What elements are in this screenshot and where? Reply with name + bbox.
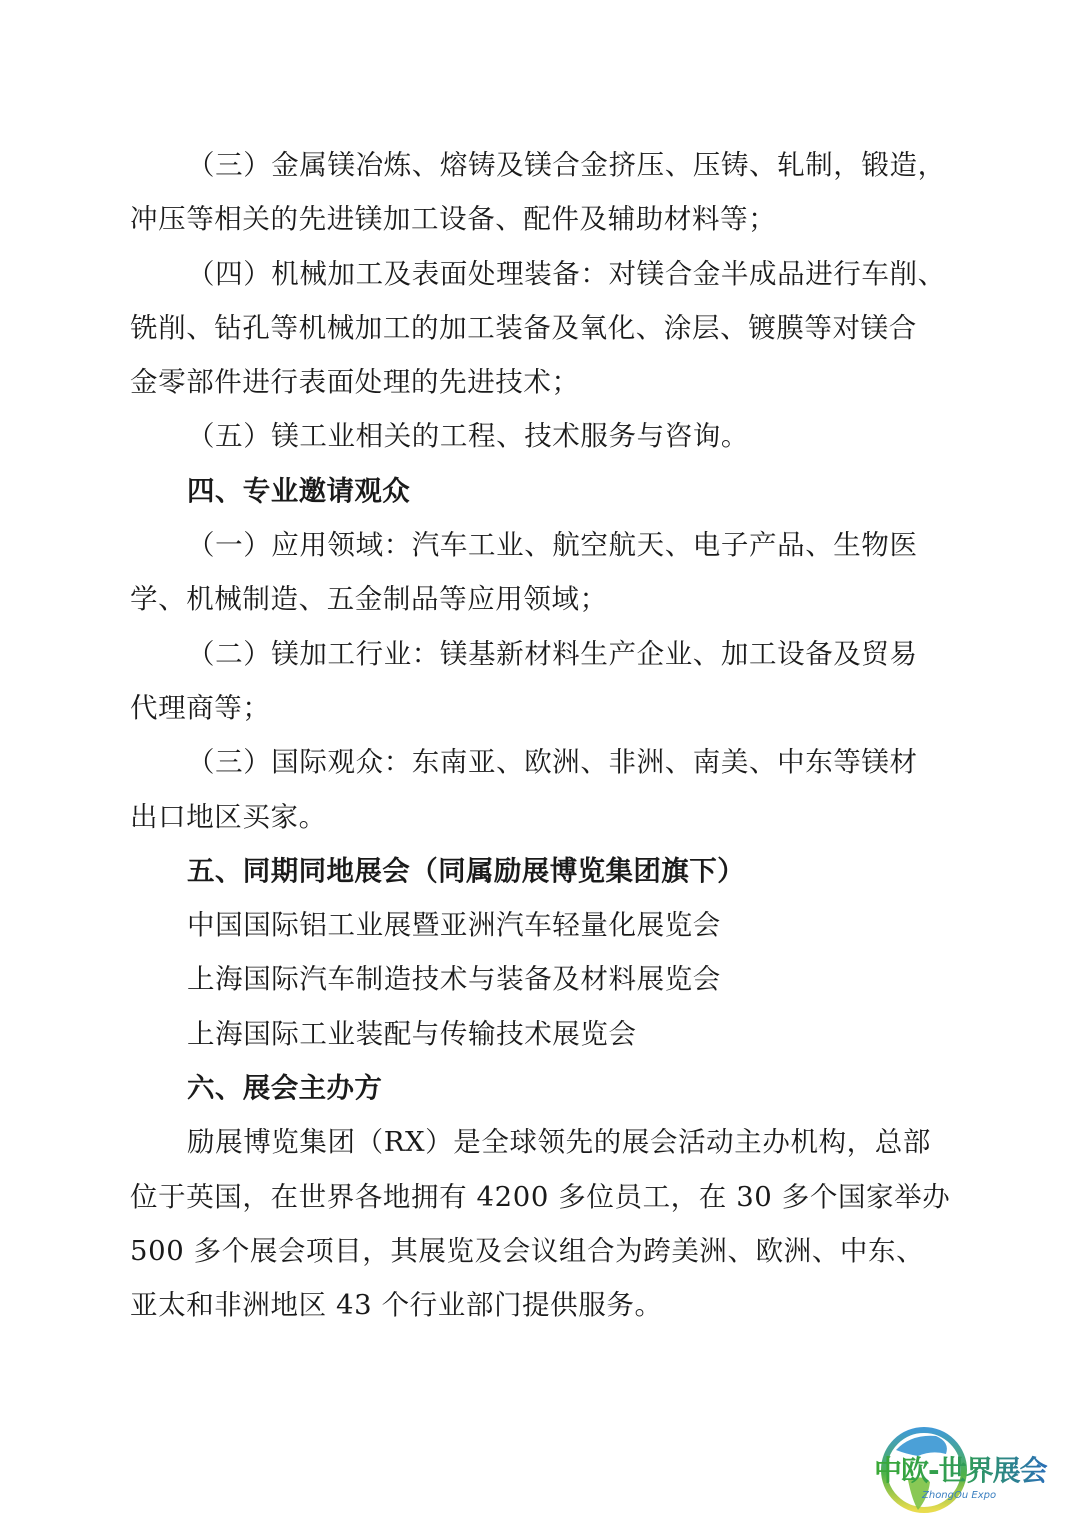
text-line: 励展博览集团（RX）是全球领先的展会活动主办机构，总部 bbox=[130, 1115, 948, 1169]
text-line: 学、机械制造、五金制品等应用领域； bbox=[130, 572, 948, 626]
paragraph-visitors-2: （二）镁加工行业：镁基新材料生产企业、加工设备及贸易 代理商等； bbox=[130, 627, 948, 736]
section-heading: 四、专业邀请观众 bbox=[130, 464, 948, 518]
text-line: 代理商等； bbox=[130, 681, 948, 735]
watermark-logo: 中欧-世界展会 ZhongOu Expo bbox=[866, 1420, 1070, 1520]
section-heading: 六、展会主办方 bbox=[130, 1061, 948, 1115]
text-line: （四）机械加工及表面处理装备：对镁合金半成品进行车削、 bbox=[130, 247, 948, 301]
text-line: 500 多个展会项目，其展览及会议组合为跨美洲、欧洲、中东、 bbox=[130, 1224, 948, 1278]
text-line: （一）应用领域：汽车工业、航空航天、电子产品、生物医 bbox=[130, 518, 948, 572]
section-heading-organizer: 六、展会主办方 bbox=[130, 1061, 948, 1115]
text-line: 亚太和非洲地区 43 个行业部门提供服务。 bbox=[130, 1278, 948, 1332]
section-heading-visitors: 四、专业邀请观众 bbox=[130, 464, 948, 518]
document-page: （三）金属镁冶炼、熔铸及镁合金挤压、压铸、轧制，锻造， 冲压等相关的先进镁加工设… bbox=[130, 138, 948, 1333]
text-line: 位于英国，在世界各地拥有 4200 多位员工，在 30 多个国家举办 bbox=[130, 1170, 948, 1224]
concurrent-show-3: 上海国际工业装配与传输技术展览会 bbox=[130, 1007, 948, 1061]
paragraph-visitors-1: （一）应用领域：汽车工业、航空航天、电子产品、生物医 学、机械制造、五金制品等应… bbox=[130, 518, 948, 627]
paragraph-organizer: 励展博览集团（RX）是全球领先的展会活动主办机构，总部 位于英国，在世界各地拥有… bbox=[130, 1115, 948, 1332]
globe-icon: 中欧-世界展会 ZhongOu Expo bbox=[866, 1420, 1070, 1520]
paragraph-visitors-3: （三）国际观众：东南亚、欧洲、非洲、南美、中东等镁材 出口地区买家。 bbox=[130, 735, 948, 844]
text-line: 中国国际铝工业展暨亚洲汽车轻量化展览会 bbox=[130, 898, 948, 952]
text-line: 出口地区买家。 bbox=[130, 790, 948, 844]
paragraph-equipment-5: （五）镁工业相关的工程、技术服务与咨询。 bbox=[130, 409, 948, 463]
paragraph-equipment-3: （三）金属镁冶炼、熔铸及镁合金挤压、压铸、轧制，锻造， 冲压等相关的先进镁加工设… bbox=[130, 138, 948, 247]
text-line: （五）镁工业相关的工程、技术服务与咨询。 bbox=[130, 409, 948, 463]
text-line: 铣削、钻孔等机械加工的加工装备及氧化、涂层、镀膜等对镁合 bbox=[130, 301, 948, 355]
paragraph-equipment-4: （四）机械加工及表面处理装备：对镁合金半成品进行车削、 铣削、钻孔等机械加工的加… bbox=[130, 247, 948, 410]
concurrent-show-1: 中国国际铝工业展暨亚洲汽车轻量化展览会 bbox=[130, 898, 948, 952]
section-heading: 五、同期同地展会（同属励展博览集团旗下） bbox=[130, 844, 948, 898]
svg-text:ZhongOu Expo: ZhongOu Expo bbox=[921, 1490, 996, 1501]
text-line: 冲压等相关的先进镁加工设备、配件及辅助材料等； bbox=[130, 192, 948, 246]
text-line: 上海国际工业装配与传输技术展览会 bbox=[130, 1007, 948, 1061]
text-line: 金零部件进行表面处理的先进技术； bbox=[130, 355, 948, 409]
text-line: 上海国际汽车制造技术与装备及材料展览会 bbox=[130, 952, 948, 1006]
text-line: （三）国际观众：东南亚、欧洲、非洲、南美、中东等镁材 bbox=[130, 735, 948, 789]
text-line: （二）镁加工行业：镁基新材料生产企业、加工设备及贸易 bbox=[130, 627, 948, 681]
section-heading-concurrent: 五、同期同地展会（同属励展博览集团旗下） bbox=[130, 844, 948, 898]
svg-text:中欧-世界展会: 中欧-世界展会 bbox=[874, 1454, 1048, 1487]
concurrent-show-2: 上海国际汽车制造技术与装备及材料展览会 bbox=[130, 952, 948, 1006]
text-line: （三）金属镁冶炼、熔铸及镁合金挤压、压铸、轧制，锻造， bbox=[130, 138, 948, 192]
